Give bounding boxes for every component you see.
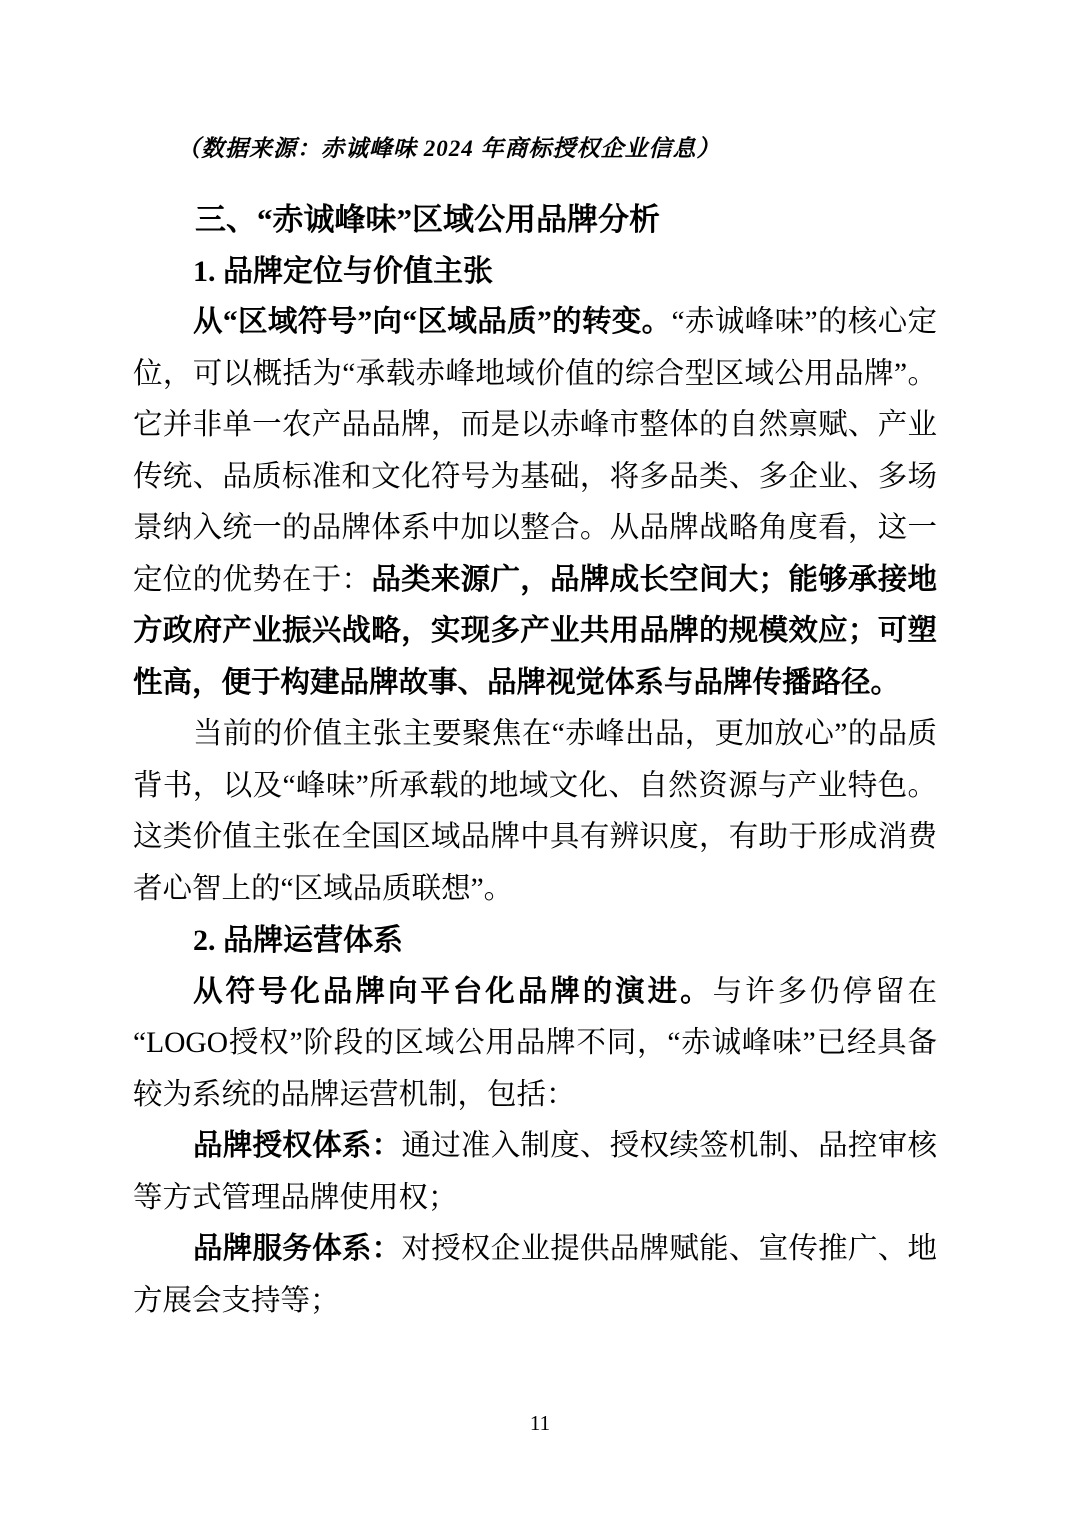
paragraph-brand-positioning: 从“区域符号”向“区域品质”的转变。“赤诚峰味”的核心定位，可以概括为“承载赤峰… — [133, 297, 937, 709]
text-run: 当前的价值主张主要聚焦在“赤峰出品，更加放心”的品质背书，以及“峰味”所承载的地… — [133, 718, 937, 905]
subsection-heading-brand-operation: 2. 品牌运营体系 — [133, 915, 937, 967]
bold-run: 品牌授权体系： — [193, 1130, 401, 1162]
subsection-heading-brand-positioning: 1. 品牌定位与价值主张 — [133, 246, 937, 298]
data-source-note: （数据来源：赤诚峰味 2024 年商标授权企业信息） — [133, 132, 937, 166]
paragraph-service-system: 品牌服务体系：对授权企业提供品牌赋能、宣传推广、地方展会支持等； — [133, 1224, 937, 1327]
section-heading: 三、“赤诚峰味”区域公用品牌分析 — [133, 194, 937, 246]
page-number: 11 — [0, 1410, 1080, 1436]
bold-run: 从“区域符号”向“区域品质”的转变。 — [193, 306, 672, 338]
bold-run: 从符号化品牌向平台化品牌的演进。 — [193, 976, 713, 1008]
text-run: “赤诚峰味”的核心定位，可以概括为“承载赤峰地域价值的综合型区域公用品牌”。它并… — [133, 306, 937, 596]
paragraph-value-proposition: 当前的价值主张主要聚焦在“赤峰出品，更加放心”的品质背书，以及“峰味”所承载的地… — [133, 709, 937, 915]
paragraph-authorization-system: 品牌授权体系：通过准入制度、授权续签机制、品控审核等方式管理品牌使用权； — [133, 1121, 937, 1224]
bold-run: 品牌服务体系： — [193, 1233, 401, 1265]
paragraph-brand-operation: 从符号化品牌向平台化品牌的演进。与许多仍停留在“LOGO授权”阶段的区域公用品牌… — [133, 967, 937, 1122]
document-page: （数据来源：赤诚峰味 2024 年商标授权企业信息） 三、“赤诚峰味”区域公用品… — [0, 0, 1080, 1528]
